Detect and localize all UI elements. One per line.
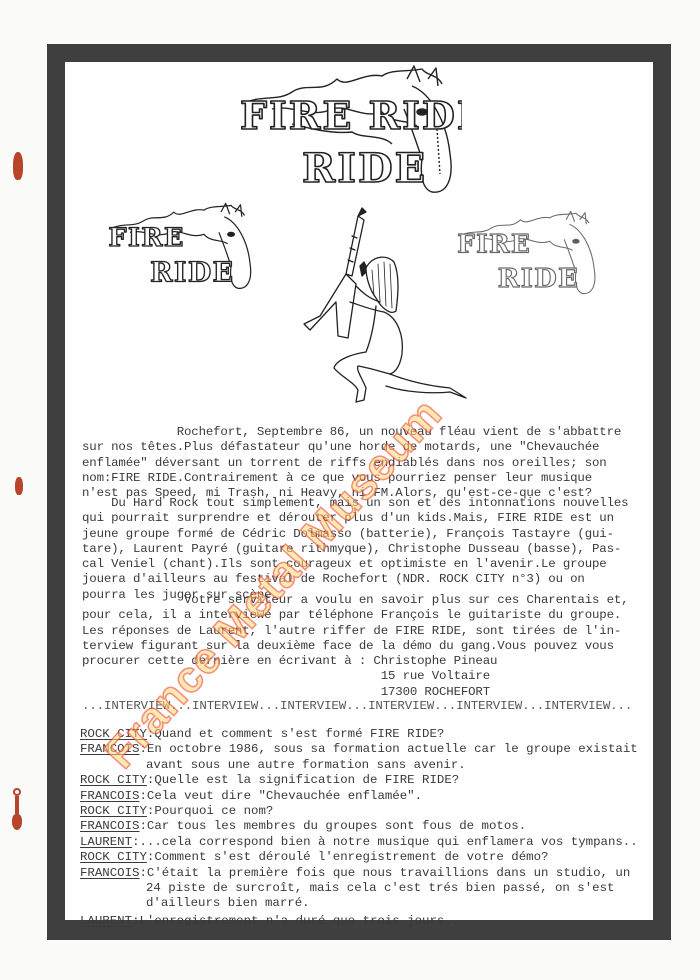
text-line: Votre serviteur a voulu en savoir plus s… [82,593,652,608]
speaker-label: FRANCOIS [80,789,140,803]
article-paragraph-intro: Rochefort, Septembre 86, un nouveau fléa… [82,425,652,501]
speaker-label: ROCK CITY [80,773,147,787]
text-line: enflamée" déversant un torrent de riffs … [82,456,652,471]
speaker-label: LAURENT [80,835,132,849]
speaker-label: ROCK CITY [80,850,147,864]
speaker-label: ROCK CITY [80,727,147,741]
speaker-text: :En octobre 1986, sous sa formation actu… [140,742,638,756]
svg-text:FIRE RIDE: FIRE RIDE [240,93,462,138]
speaker-text-continued: 24 piste de surcroît, mais cela c'est tr… [80,881,650,896]
article-paragraph-contact: Votre serviteur a voulu en savoir plus s… [82,593,652,700]
text-line: terview figurant sur la deuxième face de… [82,639,652,654]
speaker-text: :Pourquoi ce nom? [147,804,273,818]
fire-ride-logo-main: FIRE RIDE RIDE [232,64,462,199]
speaker-text: :Quelle est la signification de FIRE RID… [147,773,459,787]
speaker-text: :Comment s'est déroulé l'enregistrement … [147,850,549,864]
speaker-text: :Cela veut dire "Chevauchée enflamée". [140,789,423,803]
speaker-label: FRANCOIS [80,742,140,756]
speaker-label: FRANCOIS [80,819,140,833]
speaker-text: :Car tous les membres du groupes sont fo… [140,819,527,833]
interview-entry: FRANCOIS:En octobre 1986, sous sa format… [80,742,650,757]
fire-ride-logo-right: FIRE RIDE [452,208,602,300]
interview-entry: FRANCOIS:Cela veut dire "Chevauchée enfl… [80,789,650,804]
article-paragraph-band: Du Hard Rock tout simplement, mais un so… [82,496,652,603]
interview-entry: FRANCOIS:Car tous les membres du groupes… [80,819,650,834]
speaker-text: :Quand et comment s'est formé FIRE RIDE? [147,727,444,741]
punch-hole-mark-bottom [12,788,22,838]
speaker-text: :C'était la première fois que nous trava… [140,866,631,880]
text-line: Rochefort, Septembre 86, un nouveau fléa… [82,425,652,440]
text-line: jeune groupe formé de Cédric Dolmasso (b… [82,527,652,542]
interview-entry: LAURENT:L'enregistrement n'a duré que tr… [80,914,650,929]
text-line: 17300 ROCHEFORT [82,685,652,700]
interview-entry: ROCK CITY:Comment s'est déroulé l'enregi… [80,850,650,865]
speaker-label: ROCK CITY [80,804,147,818]
svg-text:FIRE: FIRE [108,223,184,253]
punch-hole-mark-top [13,152,23,180]
text-line: nom:FIRE RIDE.Contrairement à ce que vou… [82,471,652,486]
speaker-label: FRANCOIS [80,866,140,880]
text-line: Du Hard Rock tout simplement, mais un so… [82,496,652,511]
text-line: sur nos têtes.Plus défastateur qu'une ho… [82,440,652,455]
interview-entry: ROCK CITY:Quelle est la signification de… [80,773,650,788]
speaker-label: LAURENT [80,914,132,928]
interview-entry: ROCK CITY:Pourquoi ce nom? [80,804,650,819]
text-line: procurer cette dernière en écrivant à : … [82,654,652,669]
speaker-text-continued: d'ailleurs bien marré. [80,896,650,911]
interview-transcript: ROCK CITY:Quand et comment s'est formé F… [80,727,650,929]
punch-hole-mark-middle [15,477,23,495]
speaker-text: :...cela correspond bien à notre musique… [132,835,638,849]
text-line: Les réponses de Laurent, l'autre riffer … [82,624,652,639]
svg-text:RIDE: RIDE [302,145,427,192]
interview-entry: FRANCOIS:C'était la première fois que no… [80,866,650,881]
fire-ride-logo-left: FIRE RIDE [103,200,258,295]
interview-entry: LAURENT:...cela correspond bien à notre … [80,835,650,850]
text-line: pour cela, il a interviewé par téléphone… [82,608,652,623]
text-line: cal Veniel (chant).Ils sont courageux et… [82,557,652,572]
svg-text:RIDE: RIDE [498,264,580,294]
svg-text:RIDE: RIDE [150,258,234,289]
speaker-text: :L'enregistrement n'a duré que trois jou… [132,914,467,928]
text-line: jouera d'ailleurs au festival de Rochefo… [82,572,652,587]
text-line: tare), Laurent Payré (guitare rithmyque)… [82,542,652,557]
interview-entry: ROCK CITY:Quand et comment s'est formé F… [80,727,650,742]
text-line: qui pourrait surprendre et dérouter plus… [82,511,652,526]
guitarist-illustration [300,206,470,404]
text-line: 15 rue Voltaire [82,669,652,684]
interview-divider: ...INTERVIEW...INTERVIEW...INTERVIEW...I… [82,699,632,713]
speaker-text-continued: avant sous une autre formation sans aven… [80,758,650,773]
